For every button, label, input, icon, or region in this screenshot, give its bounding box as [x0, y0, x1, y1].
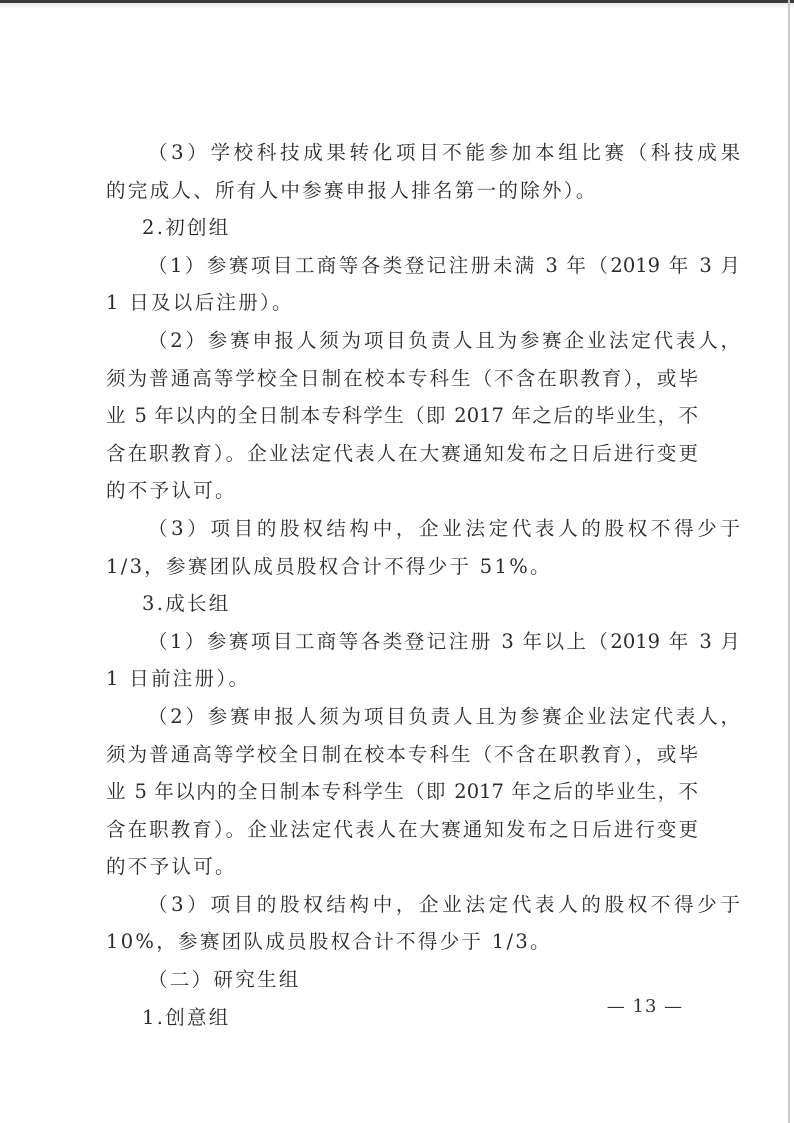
paragraph-line: 含在职教育）。企业法定代表人在大赛通知发布之日后进行变更	[106, 435, 698, 473]
scan-edge-right	[788, 0, 790, 1123]
paragraph-line: 的完成人、所有人中参赛申报人排名第一的除外）。	[106, 172, 698, 210]
document-body: （3）学校科技成果转化项目不能参加本组比赛（科技成果 的完成人、所有人中参赛申报…	[106, 134, 698, 1036]
paragraph-line: （1）参赛项目工商等各类登记注册 3 年以上（2019 年 3 月	[106, 623, 740, 661]
page-number: — 13 —	[600, 996, 690, 1017]
paragraph-line: （3）项目的股权结构中，企业法定代表人的股权不得少于	[106, 510, 740, 548]
paragraph-line: 须为普通高等学校全日制在校本专科生（不含在职教育），或毕	[106, 736, 698, 774]
paragraph-line: （2）参赛申报人须为项目负责人且为参赛企业法定代表人，	[106, 698, 740, 736]
scan-shadow	[0, 3, 794, 9]
section-heading: 2.初创组	[106, 209, 698, 247]
paragraph-line: 10%，参赛团队成员股权合计不得少于 1/3。	[106, 923, 698, 961]
section-heading: 3.成长组	[106, 585, 698, 623]
paragraph-line: （2）参赛申报人须为项目负责人且为参赛企业法定代表人，	[106, 322, 740, 360]
paragraph-line: （3）项目的股权结构中，企业法定代表人的股权不得少于	[106, 886, 740, 924]
paragraph-line: 的不予认可。	[106, 848, 698, 886]
paragraph-line: （3）学校科技成果转化项目不能参加本组比赛（科技成果	[106, 134, 740, 172]
paragraph-line: 1/3，参赛团队成员股权合计不得少于 51%。	[106, 548, 698, 586]
paragraph-line: 的不予认可。	[106, 472, 698, 510]
paragraph-line: 含在职教育）。企业法定代表人在大赛通知发布之日后进行变更	[106, 811, 698, 849]
section-heading: （二）研究生组	[106, 961, 698, 999]
paragraph-line: 业 5 年以内的全日制本专科学生（即 2017 年之后的毕业生，不	[106, 773, 698, 811]
paragraph-line: 1 日及以后注册）。	[106, 284, 698, 322]
paragraph-line: 1 日前注册）。	[106, 660, 698, 698]
paragraph-line: （1）参赛项目工商等各类登记注册未满 3 年（2019 年 3 月	[106, 247, 740, 285]
paragraph-line: 业 5 年以内的全日制本专科学生（即 2017 年之后的毕业生，不	[106, 397, 698, 435]
paragraph-line: 须为普通高等学校全日制在校本专科生（不含在职教育），或毕	[106, 360, 698, 398]
